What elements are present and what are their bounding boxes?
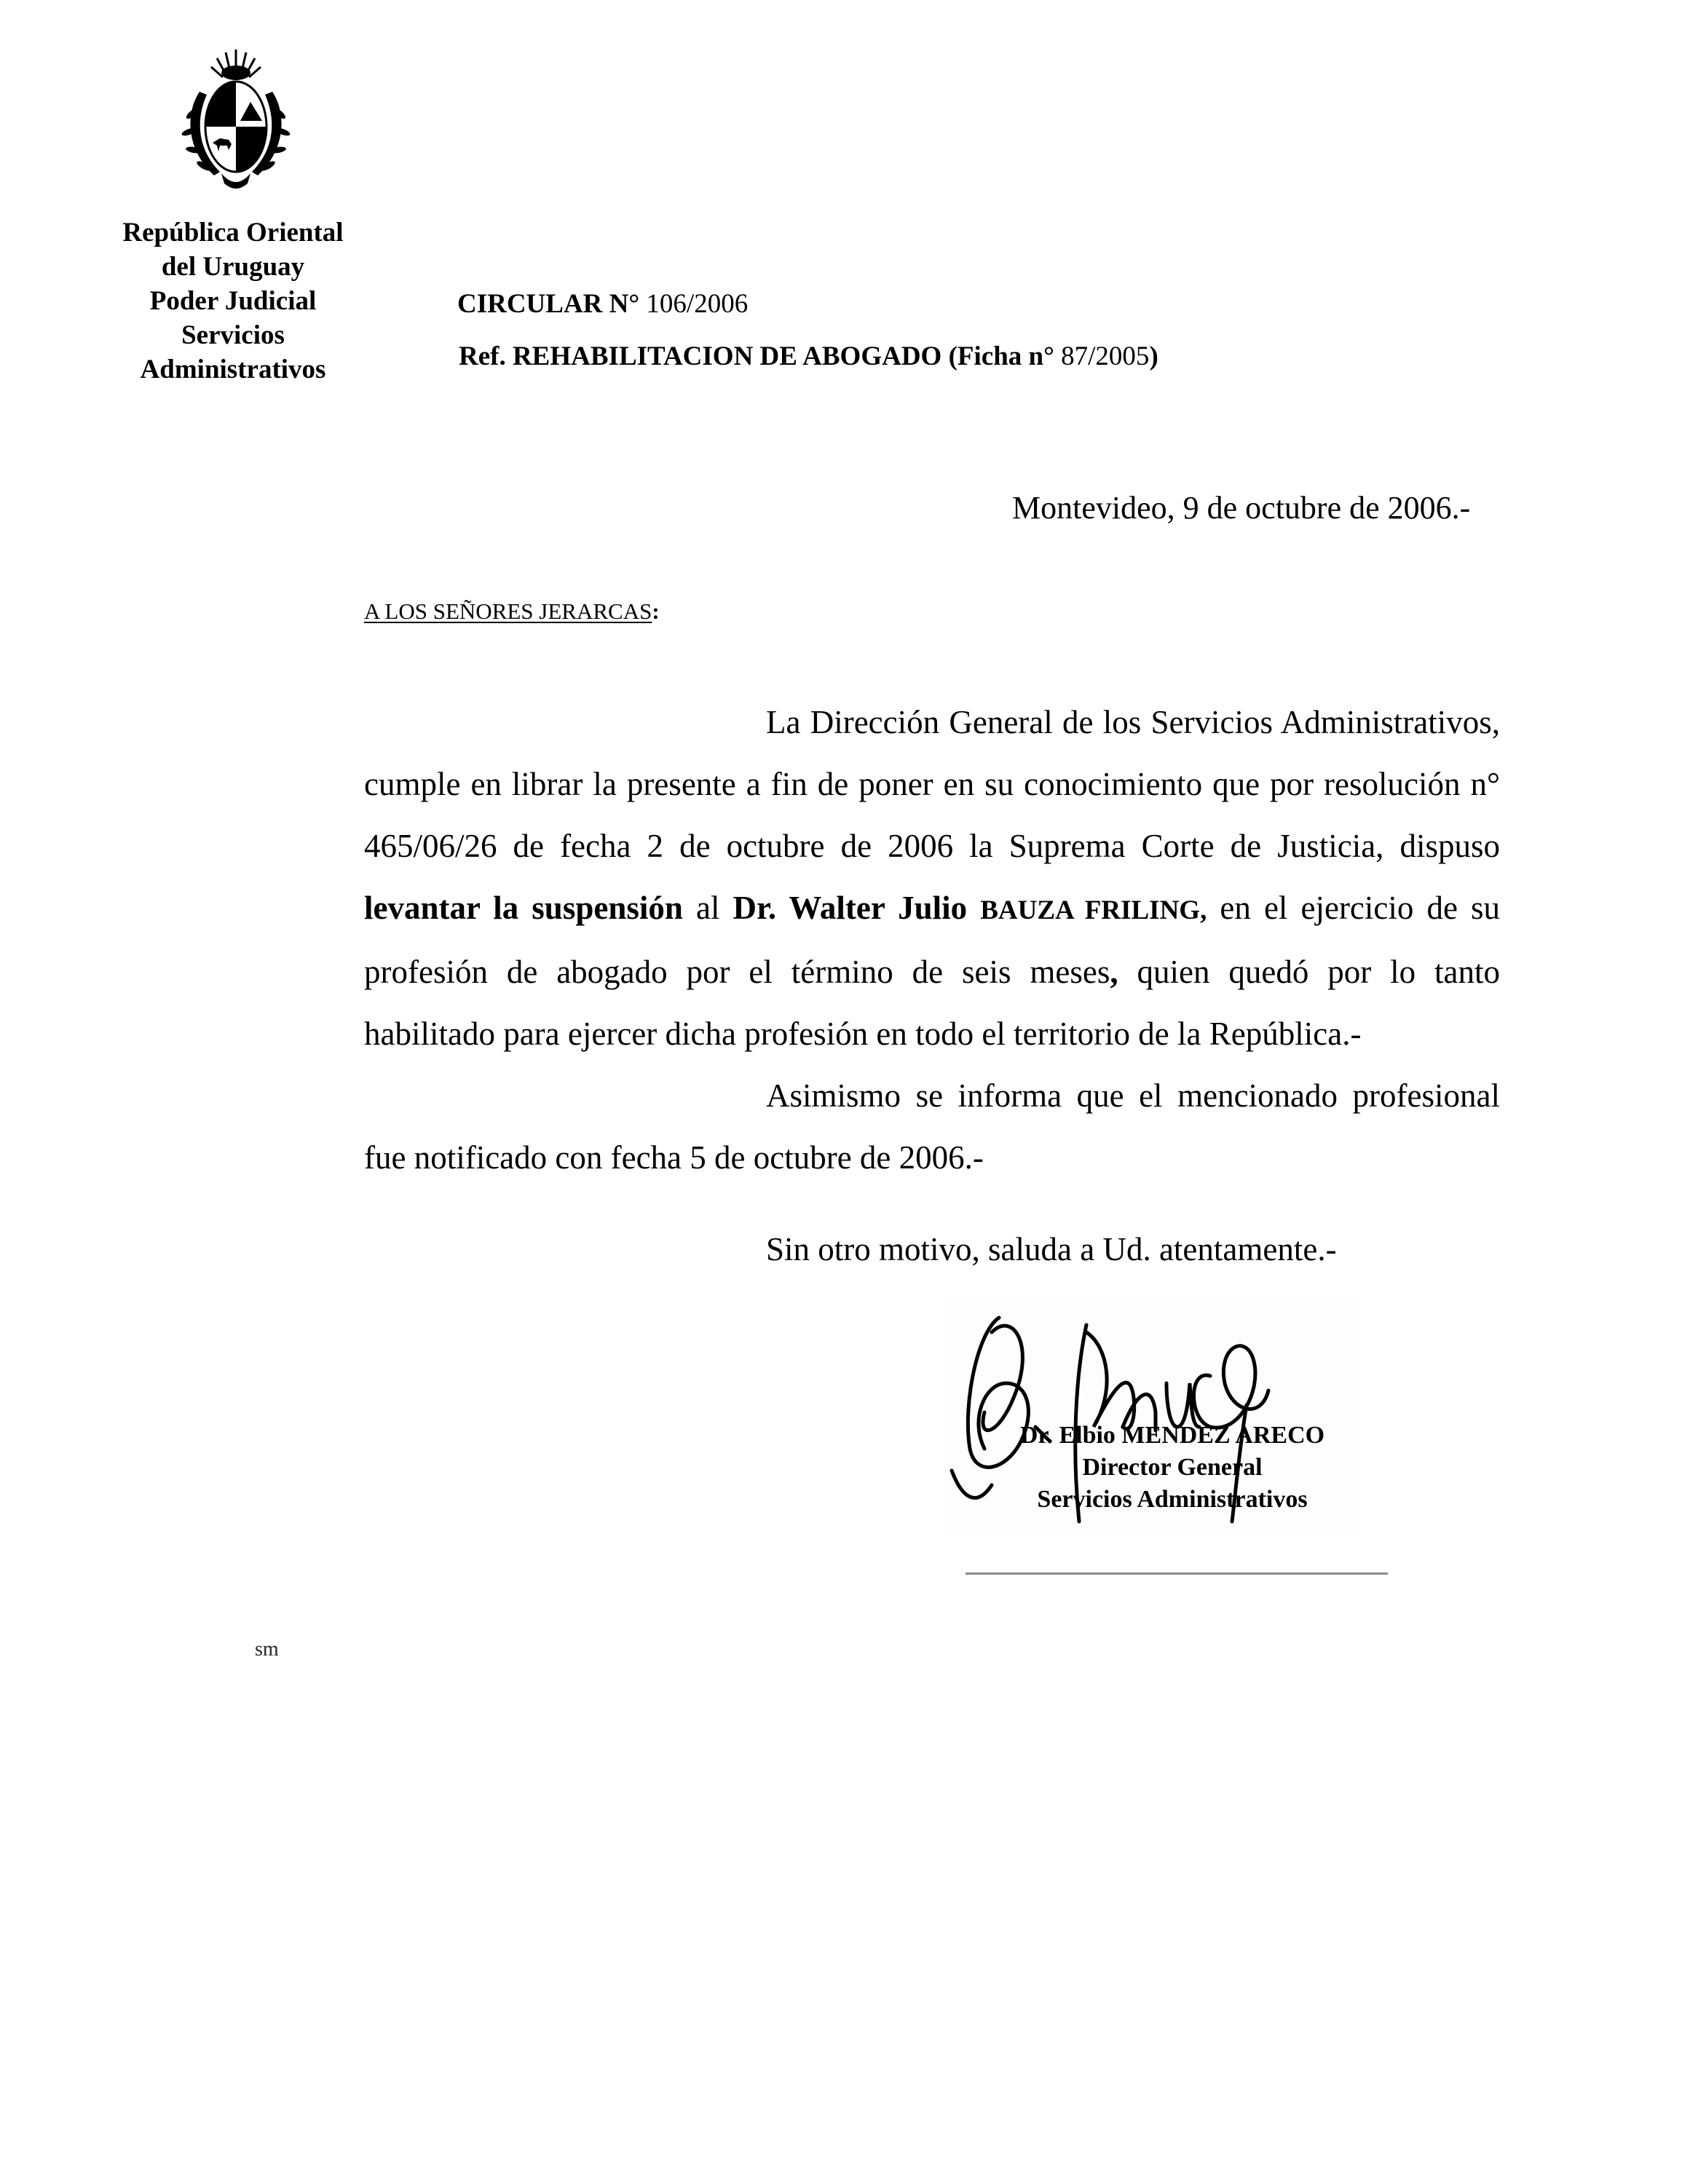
signatory-office: Servicios Administrativos xyxy=(983,1484,1362,1516)
coat-of-arms-icon xyxy=(178,48,294,194)
greeting-heading: A LOS SEÑORES JERARCAS: xyxy=(364,598,660,625)
circular-number: CIRCULAR N° 106/2006 xyxy=(457,288,748,320)
signature-divider xyxy=(966,1572,1388,1575)
date-line: Montevideo, 9 de octubre de 2006.- xyxy=(1012,489,1470,526)
closing-line: Sin otro motivo, saluda a Ud. atentament… xyxy=(766,1230,1337,1268)
body-paragraph-1: La Dirección General de los Servicios Ad… xyxy=(364,692,1500,1065)
lawyer-surname: BAUZA FRILING, xyxy=(980,895,1207,925)
reference-number: 87/2005 xyxy=(1061,341,1149,371)
lawyer-name: Dr. Walter Julio xyxy=(733,890,981,926)
letterhead-line-5: Administrativos xyxy=(95,352,371,387)
letterhead: República Oriental del Uruguay Poder Jud… xyxy=(95,215,371,387)
letterhead-line-3: Poder Judicial xyxy=(95,284,371,318)
signatory-block: Dr. Elbio MENDEZ ARECO Director General … xyxy=(983,1420,1362,1516)
text-run: La Dirección General de los Servicios Ad… xyxy=(364,704,1500,864)
circular-value: 106/2006 xyxy=(646,289,748,319)
typist-initials: sm xyxy=(255,1638,279,1661)
greeting-text: A LOS SEÑORES JERARCAS xyxy=(364,598,652,624)
signatory-title: Director General xyxy=(983,1452,1362,1484)
letter-body: La Dirección General de los Servicios Ad… xyxy=(364,692,1500,1189)
letterhead-line-1: República Oriental xyxy=(95,215,371,250)
letterhead-line-4: Servicios xyxy=(95,318,371,352)
circular-label: CIRCULAR N° xyxy=(457,289,639,319)
signatory-name: Dr. Elbio MENDEZ ARECO xyxy=(983,1420,1362,1452)
emphasis-suspension: levantar la suspensión xyxy=(364,890,683,926)
reference-line: Ref. REHABILITACION DE ABOGADO (Ficha n°… xyxy=(459,341,1158,372)
letterhead-line-2: del Uruguay xyxy=(95,250,371,284)
text-run: al xyxy=(683,890,733,926)
text-run: , xyxy=(1110,954,1118,990)
body-paragraph-2: Asimismo se informa que el mencionado pr… xyxy=(364,1065,1500,1189)
greeting-colon: : xyxy=(652,598,659,624)
reference-label: Ref. REHABILITACION DE ABOGADO (Ficha n° xyxy=(459,341,1054,371)
reference-close: ) xyxy=(1149,341,1158,371)
